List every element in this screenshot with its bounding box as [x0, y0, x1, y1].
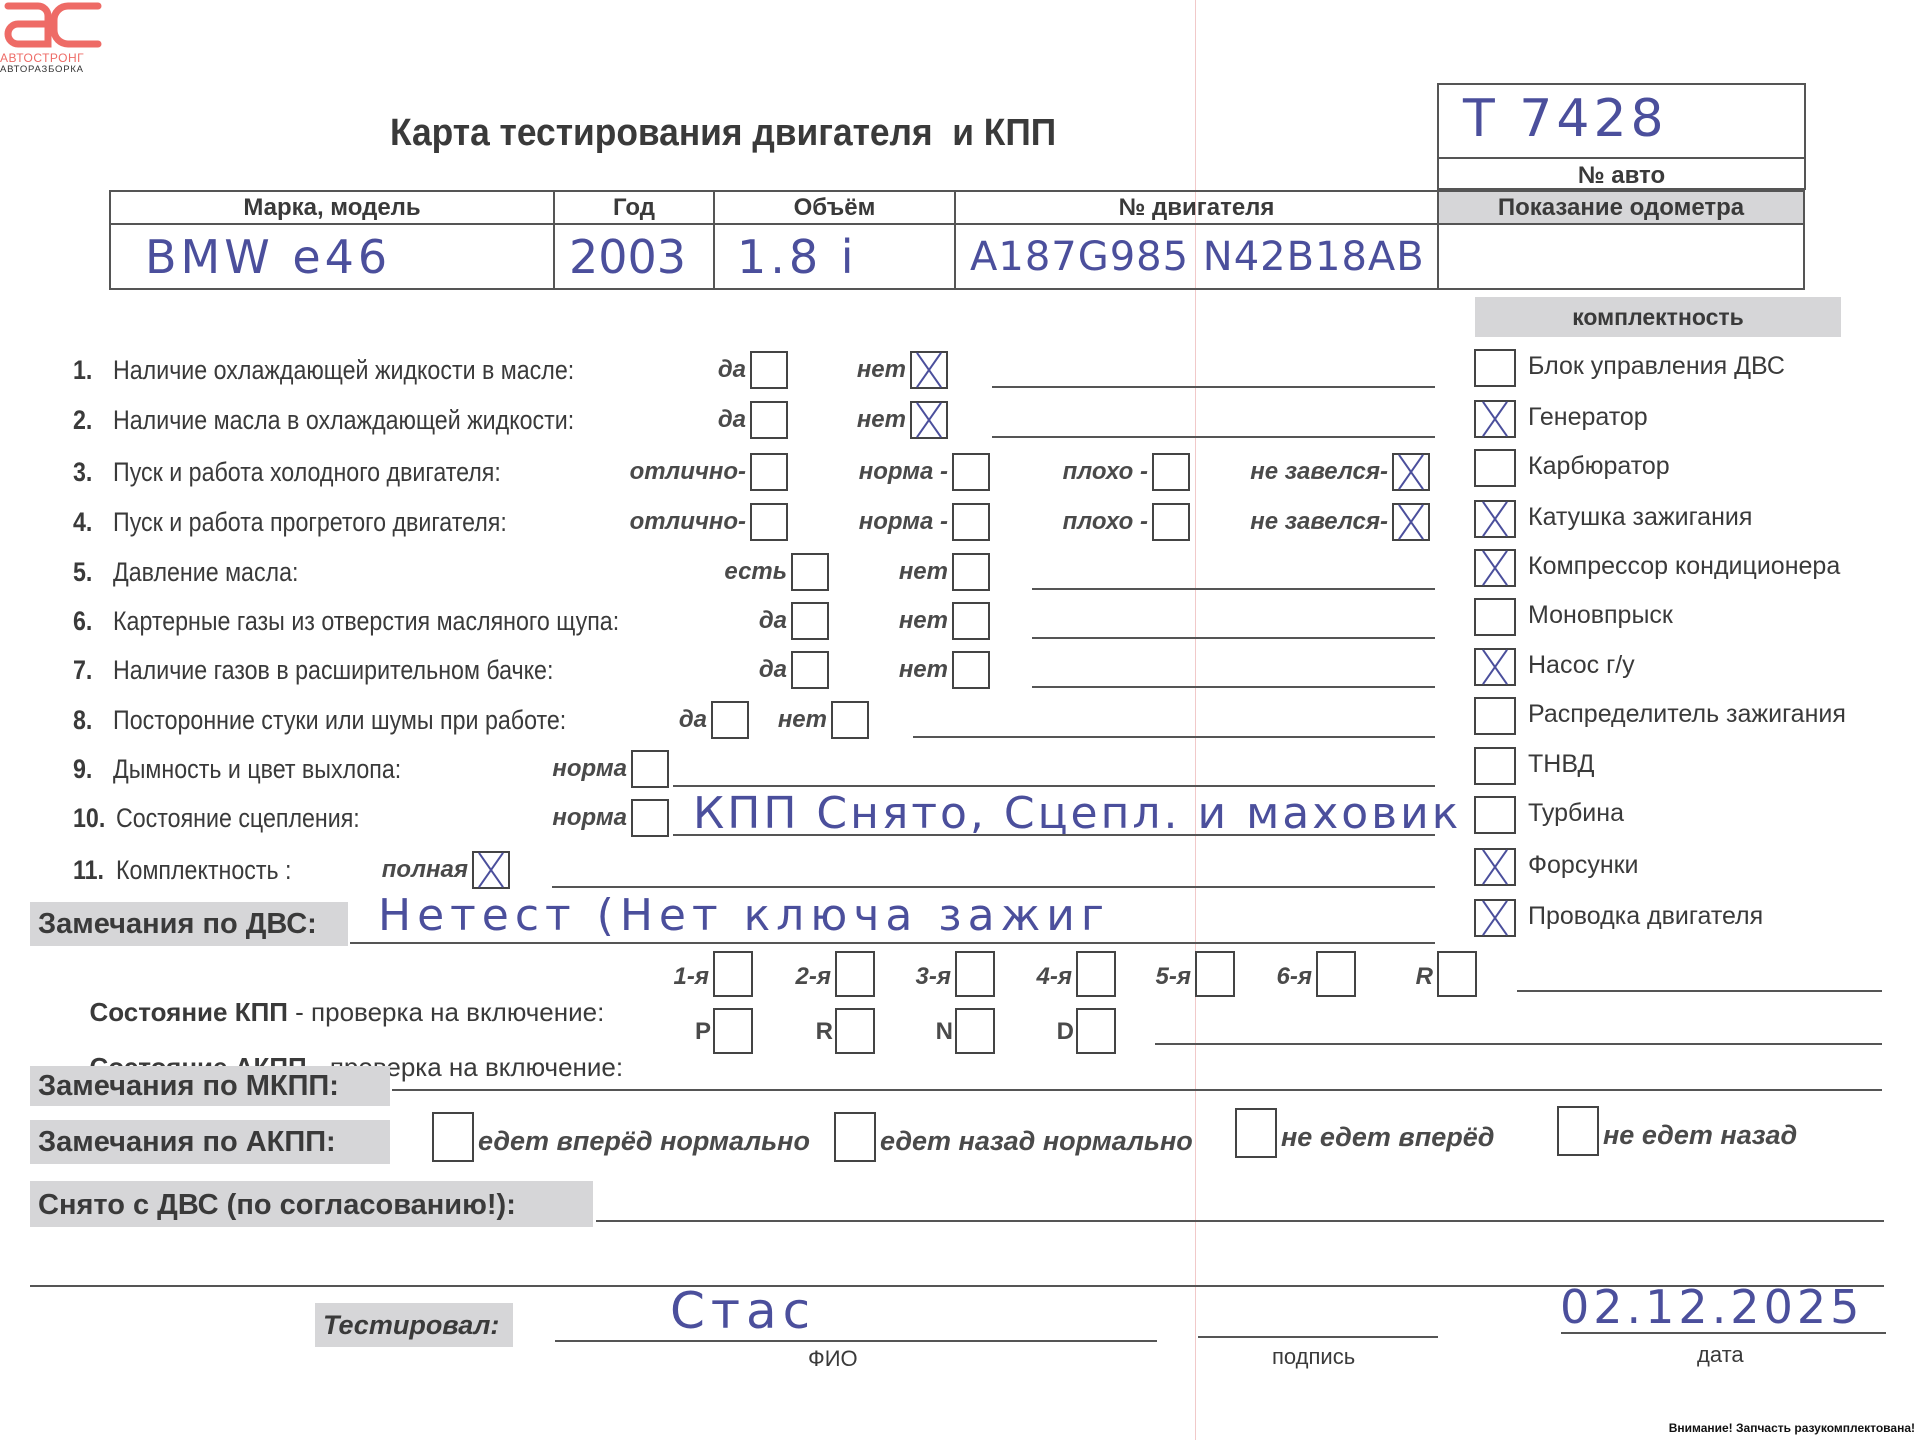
- manual-gearbox-label: Состояние КПП - проверка на включение:: [75, 966, 604, 1028]
- option-checkbox[interactable]: [750, 351, 788, 389]
- completeness-checkbox[interactable]: [1474, 400, 1516, 438]
- header-engine-number: № двигателя: [955, 191, 1438, 224]
- option-label: да: [718, 356, 746, 384]
- car-number-value[interactable]: T 7428: [1463, 89, 1668, 149]
- auto-gear-checkbox[interactable]: [835, 1008, 875, 1054]
- tester-name-field[interactable]: Стас: [670, 1282, 816, 1340]
- manual-gear-label: 6-я: [1277, 963, 1312, 991]
- option-checkbox[interactable]: [952, 453, 990, 491]
- completeness-checkbox[interactable]: [1474, 349, 1516, 387]
- option-label: нет: [857, 356, 906, 384]
- header-odometer: Показание одометра: [1438, 191, 1804, 224]
- option-checkbox[interactable]: [1152, 503, 1190, 541]
- completeness-item-label: Распределитель зажигания: [1528, 700, 1846, 729]
- question-number: 2.: [73, 405, 92, 436]
- date-field[interactable]: 02.12.2025: [1560, 1280, 1863, 1334]
- option-checkbox[interactable]: [952, 602, 990, 640]
- question-number: 4.: [73, 507, 92, 538]
- option-label: плохо -: [1063, 458, 1148, 486]
- volume-field[interactable]: 1.8 i: [714, 224, 955, 289]
- completeness-header: комплектность: [1475, 297, 1841, 337]
- manual-gear-label: 3-я: [916, 963, 951, 991]
- manual-gear-checkbox[interactable]: [1316, 951, 1356, 997]
- option-checkbox[interactable]: [472, 851, 510, 889]
- engine-remarks-underline: [350, 942, 1435, 944]
- tester-name-underline: [555, 1340, 1157, 1342]
- completeness-checkbox[interactable]: [1474, 747, 1516, 785]
- auto-gear-label: D: [1057, 1018, 1074, 1046]
- option-checkbox[interactable]: [791, 553, 829, 591]
- mkpp-remarks-label: Замечания по МКПП:: [30, 1066, 390, 1106]
- option-label: да: [759, 656, 787, 684]
- option-checkbox[interactable]: [791, 602, 829, 640]
- question-number: 9.: [73, 754, 92, 785]
- auto-gear-label: R: [816, 1018, 833, 1046]
- date-underline: [1561, 1332, 1886, 1334]
- question-note-line[interactable]: [1032, 588, 1435, 590]
- tester-name-caption: ФИО: [808, 1346, 858, 1372]
- manual-gear-checkbox[interactable]: [835, 951, 875, 997]
- option-label: отлично-: [630, 508, 746, 536]
- akpp-option-checkbox[interactable]: [1557, 1106, 1599, 1156]
- brand-logo: АВТОСТРОНГ АВТОРАЗБОРКА: [0, 0, 110, 80]
- auto-gear-checkbox[interactable]: [713, 1008, 753, 1054]
- manual-gear-checkbox[interactable]: [955, 951, 995, 997]
- odometer-field[interactable]: [1438, 224, 1804, 289]
- question-number: 11.: [73, 855, 104, 886]
- option-label: норма: [552, 755, 627, 783]
- manual-gearbox-underline: [1517, 990, 1882, 992]
- manual-gear-label: R: [1416, 963, 1433, 991]
- question-label: Комплектность :: [116, 855, 291, 886]
- option-label: отлично-: [630, 458, 746, 486]
- option-checkbox[interactable]: [631, 799, 669, 837]
- completeness-item-label: Компрессор кондиционера: [1528, 552, 1840, 581]
- option-checkbox[interactable]: [910, 351, 948, 389]
- question-note-line[interactable]: [1032, 686, 1435, 688]
- question-note-line[interactable]: [673, 785, 1435, 787]
- option-checkbox[interactable]: [831, 701, 869, 739]
- completeness-checkbox[interactable]: [1474, 449, 1516, 487]
- question-note-line[interactable]: [913, 736, 1435, 738]
- manual-gear-checkbox[interactable]: [1076, 951, 1116, 997]
- auto-gearbox-underline: [1155, 1043, 1882, 1045]
- signature-underline[interactable]: [1198, 1336, 1438, 1338]
- mkpp-remarks-underline[interactable]: [392, 1089, 1882, 1091]
- option-label: полная: [382, 856, 468, 884]
- completeness-checkbox[interactable]: [1474, 500, 1516, 538]
- completeness-checkbox[interactable]: [1474, 697, 1516, 735]
- tested-by-label: Тестировал:: [315, 1303, 513, 1347]
- page-title: Карта тестирования двигателя и КПП: [390, 112, 1056, 155]
- question-note-line[interactable]: [992, 386, 1435, 388]
- manual-gear-checkbox[interactable]: [1195, 951, 1235, 997]
- completeness-item-label: Генератор: [1528, 403, 1648, 432]
- question-label: Пуск и работа холодного двигателя:: [113, 457, 501, 488]
- date-caption: дата: [1697, 1342, 1744, 1368]
- completeness-item-label: Карбюратор: [1528, 452, 1670, 481]
- question-number: 1.: [73, 355, 92, 386]
- completeness-checkbox[interactable]: [1474, 796, 1516, 834]
- footer-warning: Внимание! Запчасть разукомплектована!: [1669, 1421, 1915, 1435]
- brand-tagline: АВТОРАЗБОРКА: [0, 64, 84, 75]
- removed-label: Снято с ДВС (по согласованию!):: [30, 1181, 593, 1227]
- completeness-item-label: Турбина: [1528, 799, 1624, 828]
- option-label: нет: [857, 406, 906, 434]
- make-model-field[interactable]: BMW e46: [110, 224, 554, 289]
- completeness-checkbox[interactable]: [1474, 549, 1516, 587]
- question-label: Состояние сцепления:: [116, 803, 360, 834]
- manual-gear-checkbox[interactable]: [1437, 951, 1477, 997]
- akpp-option-label: не едет назад: [1603, 1120, 1797, 1151]
- option-label: не завелся-: [1250, 508, 1388, 536]
- completeness-item-label: Проводка двигателя: [1528, 902, 1763, 931]
- auto-gear-checkbox[interactable]: [955, 1008, 995, 1054]
- engine-number-field[interactable]: A187G985 N42B18AB: [955, 224, 1438, 289]
- question-note-line[interactable]: [1032, 637, 1435, 639]
- engine-remarks-field[interactable]: Нетест (Нет ключа зажиг: [378, 890, 1110, 941]
- question-note[interactable]: КПП Снято, Сцепл. и маховик: [693, 788, 1461, 839]
- question-label: Наличие газов в расширительном бачке:: [113, 655, 553, 686]
- option-label: плохо -: [1063, 508, 1148, 536]
- question-number: 8.: [73, 705, 92, 736]
- option-checkbox[interactable]: [952, 651, 990, 689]
- akpp-option-label: не едет вперёд: [1281, 1122, 1494, 1153]
- akpp-option-label: едет вперёд нормально: [478, 1126, 810, 1157]
- car-number-box: T 7428 № авто: [1437, 83, 1806, 190]
- question-label: Картерные газы из отверстия масляного щу…: [113, 606, 619, 637]
- completeness-checkbox[interactable]: [1474, 598, 1516, 636]
- auto-gear-checkbox[interactable]: [1076, 1008, 1116, 1054]
- option-checkbox[interactable]: [711, 701, 749, 739]
- question-label: Посторонние стуки или шумы при работе:: [113, 705, 566, 736]
- manual-gear-label: 1-я: [674, 963, 709, 991]
- question-note-line[interactable]: [552, 886, 1435, 888]
- question-number: 10.: [73, 803, 105, 834]
- completeness-item-label: Катушка зажигания: [1528, 503, 1752, 532]
- completeness-item-label: Форсунки: [1528, 851, 1639, 880]
- option-label: нет: [899, 558, 948, 586]
- option-label: не завелся-: [1250, 458, 1388, 486]
- car-number-label: № авто: [1439, 157, 1804, 192]
- option-label: норма: [552, 804, 627, 832]
- completeness-checkbox[interactable]: [1474, 899, 1516, 937]
- question-number: 6.: [73, 606, 92, 637]
- brand-name: АВТОСТРОНГ: [0, 51, 84, 65]
- akpp-option-checkbox[interactable]: [834, 1112, 876, 1162]
- option-checkbox[interactable]: [1152, 453, 1190, 491]
- completeness-item-label: Моновпрыск: [1528, 601, 1673, 630]
- header-year: Год: [554, 191, 714, 224]
- completeness-checkbox[interactable]: [1474, 848, 1516, 886]
- completeness-item-label: Насос г/у: [1528, 651, 1635, 680]
- option-checkbox[interactable]: [952, 503, 990, 541]
- question-label: Наличие охлаждающей жидкости в масле:: [113, 355, 574, 386]
- option-label: норма -: [859, 458, 948, 486]
- question-number: 5.: [73, 557, 92, 588]
- option-checkbox[interactable]: [750, 453, 788, 491]
- completeness-item-label: Блок управления ДВС: [1528, 352, 1785, 381]
- option-checkbox[interactable]: [750, 401, 788, 439]
- header-volume: Объём: [714, 191, 955, 224]
- question-label: Пуск и работа прогретого двигателя:: [113, 507, 507, 538]
- option-label: есть: [724, 558, 787, 586]
- question-note-line[interactable]: [992, 436, 1435, 438]
- akpp-option-checkbox[interactable]: [432, 1112, 474, 1162]
- option-checkbox[interactable]: [1392, 453, 1430, 491]
- completeness-checkbox[interactable]: [1474, 648, 1516, 686]
- akpp-option-checkbox[interactable]: [1235, 1108, 1277, 1158]
- question-label: Давление масла:: [113, 557, 298, 588]
- option-checkbox[interactable]: [791, 651, 829, 689]
- option-checkbox[interactable]: [750, 503, 788, 541]
- option-checkbox[interactable]: [952, 553, 990, 591]
- option-label: нет: [899, 607, 948, 635]
- option-label: нет: [899, 656, 948, 684]
- option-label: да: [759, 607, 787, 635]
- question-label: Наличие масла в охлаждающей жидкости:: [113, 405, 574, 436]
- manual-gear-label: 2-я: [796, 963, 831, 991]
- question-label: Дымность и цвет выхлопа:: [113, 754, 401, 785]
- manual-gear-label: 5-я: [1156, 963, 1191, 991]
- engine-remarks-label: Замечания по ДВС:: [30, 902, 348, 946]
- auto-gear-label: N: [936, 1018, 953, 1046]
- year-field[interactable]: 2003: [554, 224, 714, 289]
- option-label: норма -: [859, 508, 948, 536]
- question-number: 7.: [73, 655, 92, 686]
- option-checkbox[interactable]: [1392, 503, 1430, 541]
- option-label: нет: [778, 706, 827, 734]
- manual-gear-checkbox[interactable]: [713, 951, 753, 997]
- question-number: 3.: [73, 457, 92, 488]
- auto-gear-label: P: [695, 1018, 711, 1046]
- option-checkbox[interactable]: [631, 750, 669, 788]
- manual-gear-label: 4-я: [1037, 963, 1072, 991]
- akpp-option-label: едет назад нормально: [880, 1126, 1193, 1157]
- logo-mark-icon: [2, 0, 102, 50]
- header-make-model: Марка, модель: [110, 191, 554, 224]
- vehicle-info-table: Марка, модель Год Объём № двигателя Пока…: [109, 190, 1805, 290]
- completeness-item-label: ТНВД: [1528, 750, 1594, 779]
- akpp-remarks-label: Замечания по АКПП:: [30, 1120, 390, 1164]
- option-checkbox[interactable]: [910, 401, 948, 439]
- option-label: да: [718, 406, 746, 434]
- signature-caption: подпись: [1272, 1344, 1355, 1370]
- removed-underline-1[interactable]: [596, 1220, 1884, 1222]
- option-label: да: [679, 706, 707, 734]
